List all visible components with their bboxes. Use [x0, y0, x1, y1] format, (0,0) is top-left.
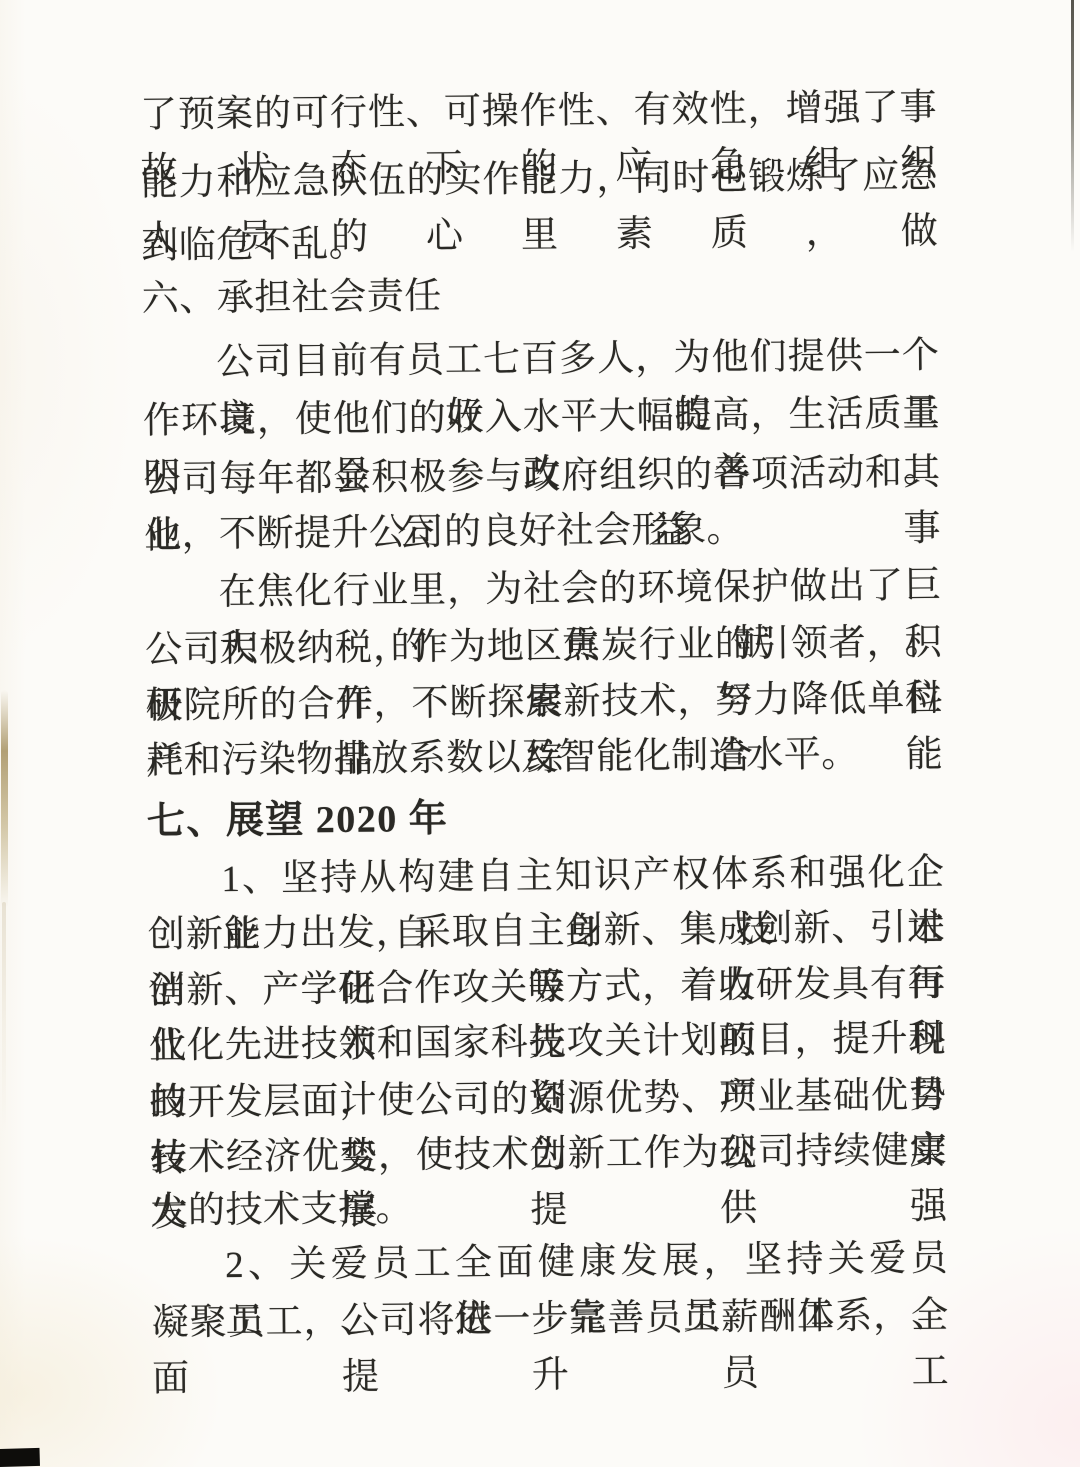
page-edge-line [1071, 0, 1074, 252]
text-line: 公司积极纳税，作为地区焦炭行业的引领者，积极开展与科 [145, 615, 943, 679]
text-line: 1、坚持从构建自主知识产权体系和强化企业自身技术 [147, 845, 945, 909]
scanned-page: 了预案的可行性、可操作性、有效性，增强了事故状态下的应急组织能力和应急队伍的实作… [0, 0, 1080, 1467]
section-heading: 七、展望 2020 年 [147, 786, 945, 850]
text-line: 大的技术支撑。 [150, 1176, 948, 1240]
scan-streak-left-faint [2, 902, 6, 1132]
section-heading: 六、承担社会责任 [142, 264, 940, 328]
text-line: 凝聚员工，公司将进一步完善员工薪酬体系，全面提升员工 [151, 1288, 949, 1352]
text-line: 的开发层面，使公司的资源优势、产业基础优势转变为现实 [149, 1068, 947, 1132]
corner-scan-mark [0, 1448, 40, 1467]
document-text: 了预案的可行性、可操作性、有效性，增强了事故状态下的应急组织能力和应急队伍的实作… [139, 0, 950, 1467]
text-line: 研院所的合作，不断探索新技术，努力降低单位产品综合能 [145, 671, 943, 735]
text-line: 业，不断提升公司的良好社会形象。 [144, 500, 942, 564]
text-line: 2、关爱员工全面健康发展，坚持关爱员工、依靠员工、 [151, 1231, 949, 1295]
text-line: 在焦化行业里，为社会的环境保护做出了巨大的贡献。 [144, 558, 942, 622]
text-line: 了预案的可行性、可操作性、有效性，增强了事故状态下的应急组织 [140, 80, 938, 144]
scan-streak-left [1, 690, 8, 908]
text-line: 能力和应急队伍的实作能力，同时也锻炼了应急人员的心里素质，做 [140, 148, 938, 212]
text-line: 创新能力出发，采取自主创新、集成创新、引进消化吸收再 [148, 900, 946, 964]
text-line: 作环境，使他们的收入水平大幅提高，生活质量明显改善。 [143, 386, 941, 450]
text-line: 公司每年都会积极参与政府组织的各项活动和其他公益事 [143, 445, 941, 509]
text-line: 公司目前有员工七百多人，为他们提供一个良好的工 [142, 328, 940, 392]
text-line: 代化先进技术和国家科技攻关计划项目，提升科技计划项目 [149, 1011, 947, 1075]
text-line: 创新、产学研合作攻关等方式，着力研发具有行业领先的现 [148, 956, 946, 1020]
text-line: 耗和污染物排放系数以及智能化制造水平。 [146, 726, 944, 790]
